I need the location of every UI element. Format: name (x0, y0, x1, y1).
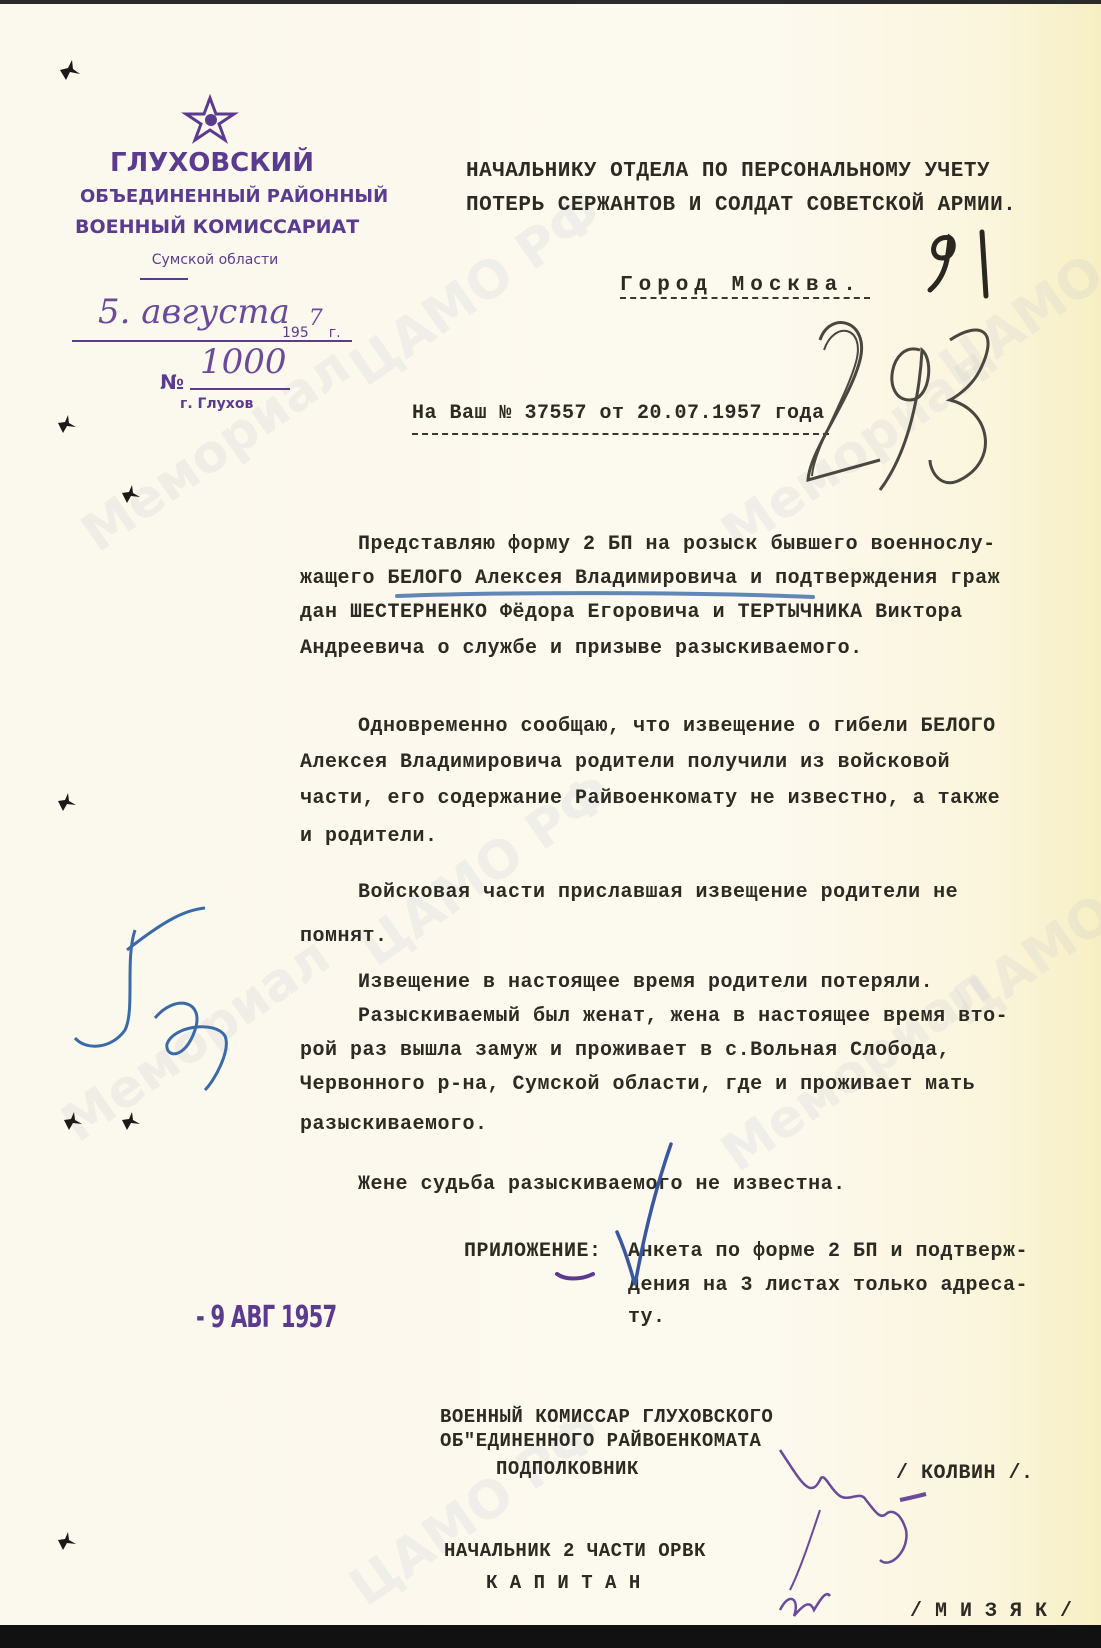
handwritten-number-293-icon (800, 310, 1020, 510)
stamp-line-2: ОБЪЕДИНЕННЫЙ РАЙОННЫЙ (80, 186, 350, 207)
body-line: разыскиваемого. (300, 1108, 488, 1142)
appendix-line-1: Анкета по форме 2 БП и подтверж- (628, 1240, 1028, 1263)
body-line: Войсковая части приславшая извещение род… (358, 876, 958, 910)
appendix-label: ПРИЛОЖЕНИЕ: (464, 1240, 602, 1263)
punch-hole-icon (58, 793, 76, 811)
stamp-number-line (190, 388, 290, 390)
year-suffix: г. (329, 325, 341, 341)
scan-border (0, 0, 1101, 4)
violet-dash-mark-icon (555, 1270, 595, 1284)
document-page: ЦАМО РФ ЦАМО РФ ЦАМО РФ ЦАМО РФ ЦАМО РФ … (0, 0, 1101, 1625)
body-line: помнят. (300, 920, 388, 954)
scan-border (0, 1625, 1101, 1648)
signer-1-title-line-1: ВОЕННЫЙ КОМИССАР ГЛУХОВСКОГО (440, 1406, 773, 1428)
addressee-line-2: ПОТЕРЬ СЕРЖАНТОВ И СОЛДАТ СОВЕТСКОЙ АРМИ… (466, 194, 1016, 217)
signer-2-rank: К А П И Т А Н (486, 1572, 641, 1594)
appendix-line-3: ту. (628, 1306, 666, 1329)
stamp-date-day-month: 5. августа (98, 292, 290, 332)
punch-hole-icon (58, 1532, 76, 1550)
stamp-line-4: Сумской области (130, 252, 300, 268)
addressee-line-1: НАЧАЛЬНИКУ ОТДЕЛА ПО ПЕРСОНАЛЬНОМУ УЧЕТУ (466, 160, 990, 183)
stamp-number-label: № (160, 370, 184, 394)
handwritten-number-21-icon (920, 228, 1000, 298)
blue-checkmark-icon (615, 1140, 675, 1290)
body-line: дан ШЕСТЕРНЕНКО Фёдора Егоровича и ТЕРТЫ… (300, 596, 963, 630)
body-line: и родители. (300, 820, 438, 854)
signer-1-rank: ПОДПОЛКОВНИК (496, 1458, 639, 1480)
reference-line: На Ваш № 37557 от 20.07.1957 года (412, 402, 829, 435)
body-line: Извещение в настоящее время родители пот… (358, 966, 933, 1000)
stamp-line-1: ГЛУХОВСКИЙ (110, 148, 310, 178)
body-line: Разыскиваемый был женат, жена в настояще… (358, 1000, 1008, 1034)
body-line: Жене судьба разыскиваемого не известна. (358, 1168, 846, 1202)
stamp-date-underline (140, 278, 188, 280)
body-line: рой раз вышла замуж и проживает в с.Воль… (300, 1034, 950, 1068)
body-line: Представляю форму 2 БП на розыск бывшего… (358, 528, 996, 562)
addressee-city: Город Москва. (620, 274, 870, 299)
body-line: части, его содержание Райвоенкомату не и… (300, 782, 1000, 816)
stamp-line-3: ВОЕННЫЙ КОМИССАРИАТ (75, 216, 355, 238)
signer-1-title-line-2: ОБ"ЕДИНЕННОГО РАЙВОЕНКОМАТА (440, 1430, 761, 1452)
body-line: Червонного р-на, Сумской области, где и … (300, 1068, 975, 1102)
star-emblem-icon (184, 96, 236, 142)
appendix-line-2: дения на 3 листах только адреса- (628, 1274, 1028, 1297)
punch-hole-icon (122, 1112, 140, 1130)
signer-2-name: / М И З Я К / (910, 1600, 1073, 1623)
body-line: Алексея Владимировича родители получили … (300, 746, 950, 780)
body-line: Андреевича о службе и призыве разыскивае… (300, 632, 863, 666)
year-prefix: 195 (282, 325, 309, 341)
punch-hole-icon (122, 485, 140, 503)
stamp-number-value: 1000 (200, 342, 287, 382)
punch-hole-icon (58, 415, 76, 433)
year-digit: 7 (309, 306, 323, 331)
violet-signature-icon (770, 1440, 970, 1625)
punch-hole-icon (64, 1112, 82, 1130)
stamp-city: г. Глухов (180, 396, 253, 412)
handwritten-margin-number-icon (55, 890, 275, 1090)
body-line: Одновременно сообщаю, что извещение о ги… (358, 710, 996, 744)
punch-hole-icon (60, 60, 80, 80)
received-date-stamp: - 9 АВГ 1957 (196, 1300, 336, 1335)
signer-2-title: НАЧАЛЬНИК 2 ЧАСТИ ОРВК (444, 1540, 706, 1562)
